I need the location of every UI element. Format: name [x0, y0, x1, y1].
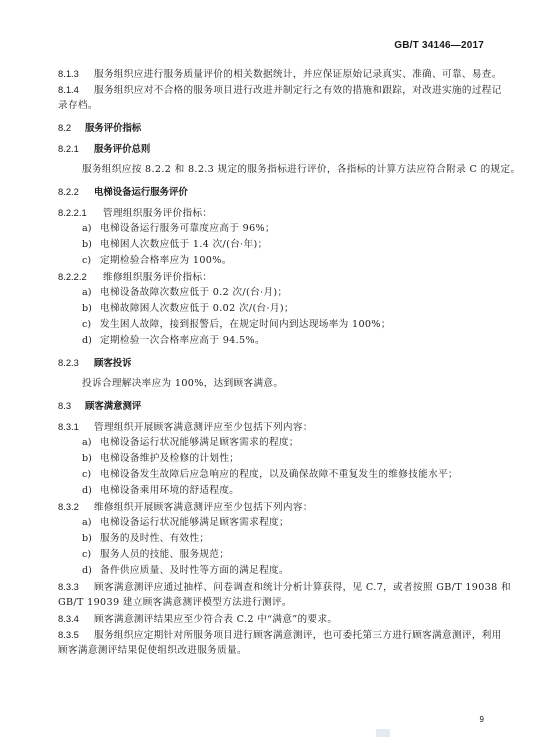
list-item: a)电梯设备故障次数应低于 0.2 次/(台·月)； [82, 286, 287, 300]
watermark-logo [376, 729, 390, 737]
section-8-2-3-heading: 8.2.3顾客投诉 [58, 356, 132, 371]
clause-8-1-4: 8.1.4服务组织应对不合格的服务项目进行改进并制定行之有效的措施和跟踪，对改进… [58, 83, 484, 98]
list-item: b)电梯设备维护及检修的计划性； [82, 452, 239, 466]
clause-8-3-5-cont: 顾客满意测评结果促使组织改进服务质量。 [58, 644, 247, 658]
page-number: 9 [480, 715, 484, 724]
list-item: b)电梯故障困人次数应低于 0.02 次/(台·月)； [82, 302, 294, 316]
clause-8-3-5: 8.3.5服务组织应定期针对所服务项目进行顾客满意测评，也可委托第三方进行顾客满… [58, 628, 484, 643]
section-8-3-heading: 8.3顾客满意测评 [58, 399, 141, 414]
list-item: b)服务的及时性、有效性； [82, 532, 209, 546]
section-8-2-1-body: 服务组织应按 8.2.2 和 8.2.3 规定的服务指标进行评价，各指标的计算方… [82, 163, 520, 177]
clause-8-3-2: 8.3.2维修组织开展顾客满意测评应至少包括下列内容： [58, 500, 313, 515]
clause-8-2-2-2: 8.2.2.2维修组织服务评价指标： [58, 270, 212, 285]
clause-8-3-1: 8.3.1管理组织开展顾客满意测评应至少包括下列内容： [58, 420, 313, 435]
section-8-2-1-heading: 8.2.1服务评价总则 [58, 142, 150, 157]
clause-8-3-3: 8.3.3顾客满意测评应通过抽样、问卷调查和统计分析计算获得，见 C.7，或者按… [58, 580, 484, 595]
clause-8-1-4-cont: 录存档。 [58, 99, 98, 113]
list-item: c)电梯设备发生故障后应急响应的程度，以及确保故障不重复发生的维修技能水平； [82, 468, 458, 482]
list-item: d)备件供应质量、及时性等方面的满足程度。 [82, 564, 289, 578]
clause-8-3-3-cont: GB/T 19039 建立顾客满意测评模型方法进行测评。 [58, 596, 292, 610]
section-8-2-2-heading: 8.2.2电梯设备运行服务评价 [58, 185, 188, 200]
clause-8-3-4: 8.3.4顾客满意测评结果应至少符合表 C.2 中“满意”的要求。 [58, 612, 337, 627]
list-item: c)服务人员的技能、服务规范； [82, 548, 229, 562]
list-item: a)电梯设备运行服务可靠度应高于 96%； [82, 222, 275, 236]
list-item: c)发生困人故障，接到报警后，在规定时间内到达现场率为 100%； [82, 318, 391, 332]
clause-8-2-2-1: 8.2.2.1管理组织服务评价指标： [58, 206, 212, 221]
document-page: GB/T 34146—2017 8.1.3服务组织应进行服务质量评价的相关数据统… [0, 0, 542, 740]
list-item: c)定期检验合格率应为 100%。 [82, 254, 232, 268]
section-8-2-3-body: 投诉合理解决率应为 100%，达到顾客满意。 [82, 377, 283, 391]
list-item: d)电梯设备乘用环境的舒适程度。 [82, 484, 239, 498]
list-item: d)定期检验一次合格率应高于 94.5%。 [82, 334, 265, 348]
list-item: b)电梯困人次数应低于 1.4 次/(台·年)； [82, 238, 268, 252]
standard-code: GB/T 34146—2017 [394, 40, 484, 51]
section-8-2-heading: 8.2服务评价指标 [58, 121, 141, 136]
list-item: a)电梯设备运行状况能够满足顾客需求的程度； [82, 436, 299, 450]
clause-8-1-3: 8.1.3服务组织应进行服务质量评价的相关数据统计，并应保证原始记录真实、准确、… [58, 67, 502, 82]
list-item: a)电梯设备运行状况能够满足顾客需求程度； [82, 516, 289, 530]
